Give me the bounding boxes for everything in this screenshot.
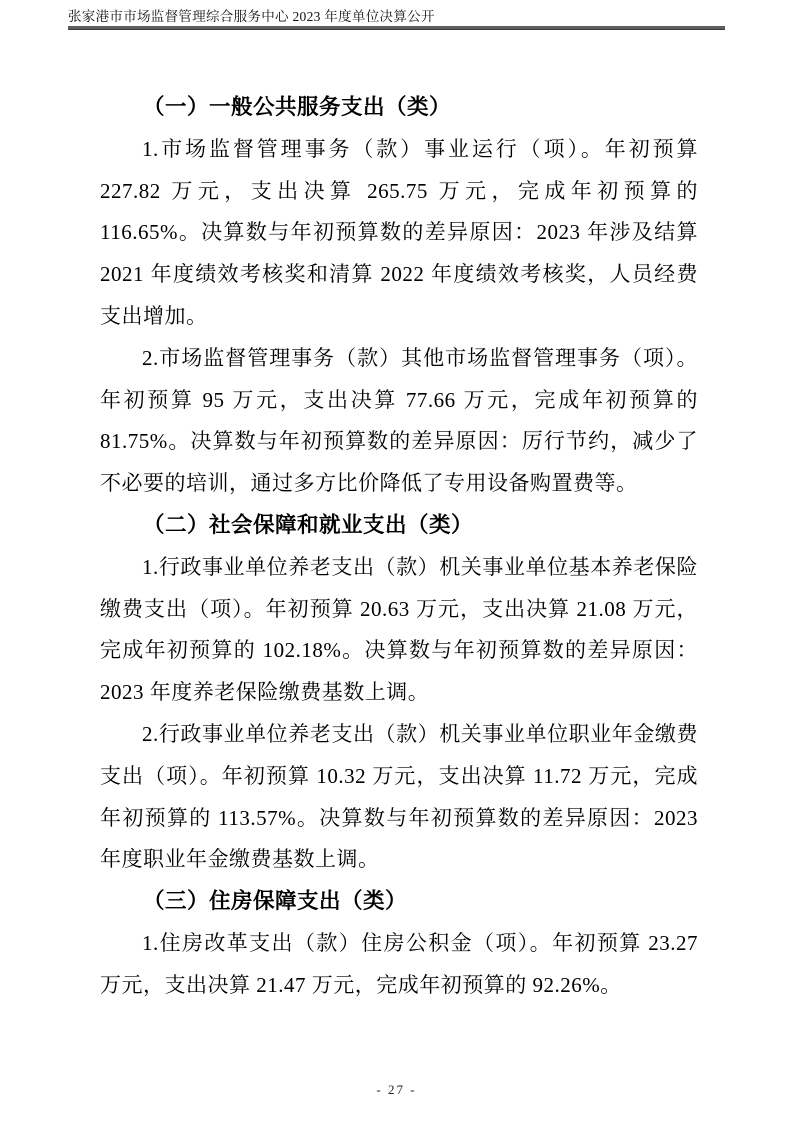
page-number: - 27 - bbox=[376, 1082, 416, 1097]
body-paragraph: 1.市场监督管理事务（款）事业运行（项）。年初预算 227.82 万元，支出决算… bbox=[100, 129, 698, 338]
page-footer: - 27 - bbox=[0, 1081, 793, 1099]
section-heading-3: （三）住房保障支出（类） bbox=[100, 881, 698, 923]
body-paragraph: 2.市场监督管理事务（款）其他市场监督管理事务（项）。年初预算 95 万元，支出… bbox=[100, 338, 698, 505]
body-paragraph: 1.住房改革支出（款）住房公积金（项）。年初预算 23.27 万元，支出决算 2… bbox=[100, 923, 698, 1007]
section-heading-1: （一）一般公共服务支出（类） bbox=[100, 87, 698, 129]
document-page: 张家港市市场监督管理综合服务中心 2023 年度单位决算公开 （一）一般公共服务… bbox=[0, 0, 793, 1122]
page-header-title: 张家港市市场监督管理综合服务中心 2023 年度单位决算公开 bbox=[68, 9, 725, 25]
document-body: （一）一般公共服务支出（类） 1.市场监督管理事务（款）事业运行（项）。年初预算… bbox=[100, 87, 698, 1007]
body-paragraph: 2.行政事业单位养老支出（款）机关事业单位职业年金缴费支出（项）。年初预算 10… bbox=[100, 714, 698, 881]
header-rule-divider bbox=[68, 26, 725, 30]
body-paragraph: 1.行政事业单位养老支出（款）机关事业单位基本养老保险缴费支出（项）。年初预算 … bbox=[100, 547, 698, 714]
page-header: 张家港市市场监督管理综合服务中心 2023 年度单位决算公开 bbox=[68, 9, 725, 25]
section-heading-2: （二）社会保障和就业支出（类） bbox=[100, 505, 698, 547]
